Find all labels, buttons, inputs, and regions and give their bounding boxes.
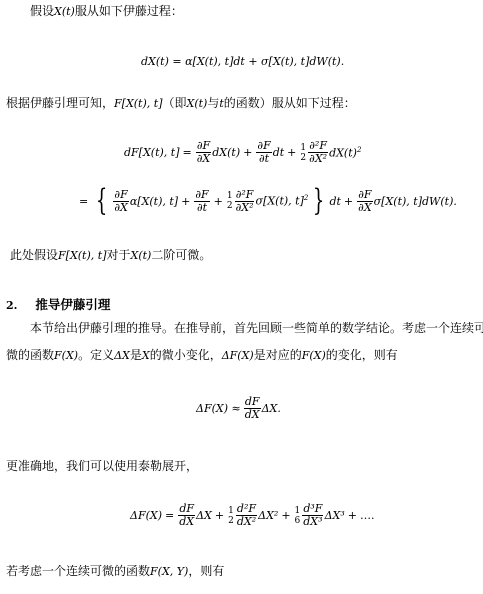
eq-rhs: ΔX. xyxy=(262,402,281,415)
math-var: F[X(t), t] xyxy=(58,249,106,262)
text: 二阶可微。 xyxy=(151,248,211,262)
paragraph-ito-process-intro: 假设X(t)服从如下伊藤过程： xyxy=(30,3,183,20)
paragraph-taylor-intro: 更准确地，我们可以使用泰勒展开， xyxy=(6,458,198,474)
text: ，则有 xyxy=(188,564,224,578)
math-var: F(X) xyxy=(54,349,78,362)
text: 的函数）服从如下过程： xyxy=(224,96,356,110)
term: σ[X(t), t]dW(t). xyxy=(374,195,457,208)
fraction: d³FdX³ xyxy=(302,503,323,528)
text: 假设 xyxy=(30,4,54,18)
text: 根据伊藤引理可知， xyxy=(6,96,114,110)
fraction-coef: 12 xyxy=(228,506,234,526)
right-brace: } xyxy=(313,186,324,216)
fraction: ∂F∂t xyxy=(194,189,209,214)
plus-sign: + xyxy=(281,509,290,522)
fraction: dFdX xyxy=(178,503,195,528)
term: ΔX xyxy=(196,509,212,522)
text: 是 xyxy=(130,348,142,362)
term: α[X(t), t] xyxy=(130,195,178,208)
plus-sign: + xyxy=(243,146,252,159)
equation-ito-lemma-line1: dF[X(t), t] = ∂F∂X dX(t) + ∂F∂t dt + 12 … xyxy=(124,140,361,165)
fraction: ∂²F∂X² xyxy=(308,140,328,165)
fraction: ∂²F∂X² xyxy=(235,189,255,214)
eq-lhs: dX(t) xyxy=(141,55,169,68)
section-heading: 2. 推导伊藤引理 xyxy=(6,297,110,314)
text: 与 xyxy=(207,96,219,110)
math-var: ΔX xyxy=(114,349,130,362)
text: 微的函数 xyxy=(6,348,54,362)
equals-sign: = xyxy=(165,509,174,522)
text: （即 xyxy=(162,96,186,110)
paragraph-definitions: 微的函数F(X)。定义ΔX是X的微小变化，ΔF(X)是对应的F(X)的变化，则有 xyxy=(6,347,398,364)
term: dX(t) xyxy=(212,146,240,159)
equals-sign: = xyxy=(183,146,192,159)
equation-ito-lemma-line2: = { ∂F∂X α[X(t), t] + ∂F∂t + 12 ∂²F∂X² σ… xyxy=(76,186,457,216)
plus-sign: + xyxy=(348,509,357,522)
fraction-coef: 16 xyxy=(295,506,301,526)
eq-lhs: ΔF(X) ≈ xyxy=(196,402,241,415)
math-var: F(X, Y) xyxy=(150,565,188,578)
term: dX(t)2 xyxy=(329,146,361,160)
math-var: F[X(t), t] xyxy=(114,97,162,110)
paragraph-ito-lemma-statement: 根据伊藤引理可知，F[X(t), t]（即X(t)与t的函数）服从如下过程： xyxy=(6,95,356,112)
plus-sign: + xyxy=(344,195,353,208)
term: ΔX² xyxy=(258,509,278,522)
eq-rhs: = α[X(t), t]dt + σ[X(t), t]dW(t). xyxy=(172,55,344,68)
equals-sign: = xyxy=(79,195,88,208)
fraction: dFdX xyxy=(244,396,261,421)
plus-sign: + xyxy=(181,195,190,208)
math-var: X(t) xyxy=(131,249,152,262)
term: dt xyxy=(273,146,284,159)
equation-ito-process: dX(t) = α[X(t), t]dt + σ[X(t), t]dW(t). xyxy=(141,55,344,68)
text: 服从如下伊藤过程： xyxy=(75,4,183,18)
fraction-half: 12 xyxy=(227,191,233,211)
text: 。定义 xyxy=(78,348,114,362)
text: 是对应的 xyxy=(254,348,302,362)
eq-lhs: dF[X(t), t] xyxy=(124,146,180,159)
math-var: X(t) xyxy=(54,5,75,18)
fraction: d²FdX² xyxy=(236,503,257,528)
text: 的变化，则有 xyxy=(326,348,398,362)
plus-sign: + xyxy=(287,146,296,159)
math-var: X(t) xyxy=(187,97,208,110)
ellipsis: …. xyxy=(360,509,375,522)
text: 若考虑一个连续可微的函数 xyxy=(6,564,150,578)
text: 此处假设 xyxy=(10,248,58,262)
section-title: 推导伊藤引理 xyxy=(35,297,110,312)
math-var: X xyxy=(142,349,150,362)
left-brace: { xyxy=(96,186,107,216)
math-var: F(X) xyxy=(302,349,326,362)
term: dt xyxy=(329,195,340,208)
equation-first-order-approx: ΔF(X) ≈ dFdX ΔX. xyxy=(196,396,281,421)
paragraph-two-variable: 若考虑一个连续可微的函数F(X, Y)，则有 xyxy=(6,563,224,580)
text: 对于 xyxy=(106,248,130,262)
section-number: 2. xyxy=(6,299,17,312)
term: σ[X(t), t]2 xyxy=(256,194,309,208)
fraction: ∂F∂X xyxy=(113,189,129,214)
text: 更准确地，我们可以使用泰勒展开， xyxy=(6,459,198,473)
paragraph-derivation-intro: 本节给出伊藤引理的推导。在推导前，首先回顾一些简单的数学结论。考虑一个连续可 xyxy=(30,320,483,336)
term: ΔX³ xyxy=(325,509,345,522)
text: 本节给出伊藤引理的推导。在推导前，首先回顾一些简单的数学结论。考虑一个连续可 xyxy=(30,321,483,335)
equation-taylor-expansion: ΔF(X) = dFdX ΔX + 12 d²FdX² ΔX² + 16 d³F… xyxy=(130,503,374,528)
fraction: ∂F∂X xyxy=(357,189,373,214)
fraction-half: 12 xyxy=(300,143,306,163)
paragraph-differentiability: 此处假设F[X(t), t]对于X(t)二阶可微。 xyxy=(10,247,211,264)
plus-sign: + xyxy=(215,509,224,522)
eq-lhs: ΔF(X) xyxy=(130,509,162,522)
text: 的微小变化， xyxy=(150,348,222,362)
plus-sign: + xyxy=(214,195,223,208)
math-var: ΔF(X) xyxy=(222,349,254,362)
fraction: ∂F∂X xyxy=(196,140,212,165)
fraction: ∂F∂t xyxy=(256,140,271,165)
